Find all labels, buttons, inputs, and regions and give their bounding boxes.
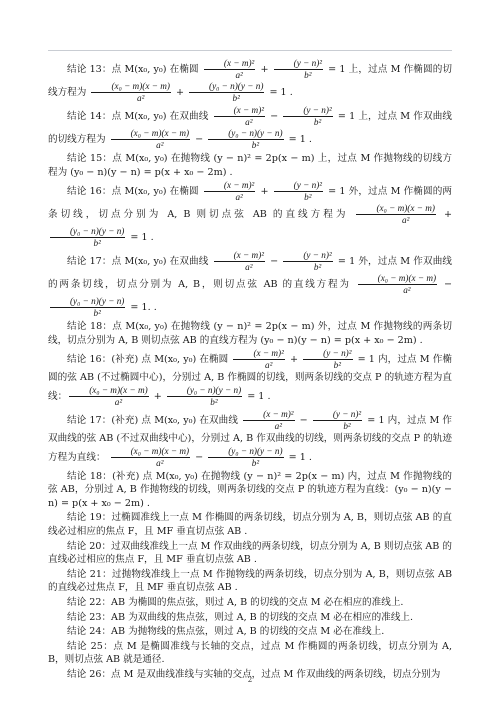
numerator: (y − n)²	[313, 409, 362, 421]
denominator: b²	[50, 308, 125, 319]
denominator: b²	[208, 458, 283, 469]
text-run: −	[267, 111, 281, 122]
header-rule	[48, 50, 452, 51]
fraction: (y − n)²b²	[274, 58, 323, 81]
fraction: (x − m)²a²	[204, 58, 255, 81]
numerator: (y₀ − n)(y − n)	[208, 128, 283, 140]
numerator: (x₀ − m)(x − m)	[356, 203, 435, 215]
numerator: (x₀ − m)(x − m)	[111, 446, 190, 458]
conclusion-c20: 结论 20：过双曲线准线上一点 M 作双曲线的两条切线，切点分别为 A, B 则…	[48, 540, 452, 567]
text-run: = 1 .	[286, 134, 312, 145]
fraction: (x − m)²a²	[243, 409, 294, 432]
text-run: 结论 22：AB 为椭圆的焦点弦，则过 A, B 的切线的交点 M 必在相应的准…	[67, 597, 403, 608]
numerator: (x − m)²	[204, 58, 255, 70]
denominator: a²	[214, 117, 265, 128]
numerator: (x − m)²	[243, 409, 294, 421]
conclusion-c18s: 结论 18：(补充) 点 M(x₀, y₀) 在抛物线 (y − n)² = 2…	[48, 470, 452, 511]
conclusion-c19: 结论 19：过椭圆准线上一点 M 作椭圆的两条切线，切点分别为 A, B，则切点…	[48, 511, 452, 538]
denominator: a²	[233, 360, 284, 371]
text-run: +	[438, 209, 452, 220]
conclusion-c18: 结论 18：点 M(x₀, y₀) 在抛物线 (y − n)² = 2p(x −…	[48, 320, 452, 347]
conclusion-c24: 结论 24：AB 为抛物线的焦点弦，则过 A, B 的切线的交点 M 必在准线上…	[48, 625, 452, 639]
text-run: 结论 25：点 M 是椭圆准线与长轴的交点，过点 M 作椭圆的两条切线，切点分别…	[48, 641, 452, 666]
text-run: −	[192, 452, 206, 463]
denominator: a²	[243, 421, 294, 432]
text-run: = 1 .	[286, 452, 312, 463]
fraction: (x₀ − m)(x − m)a²	[111, 128, 190, 151]
numerator: (y₀ − n)(y − n)	[50, 296, 125, 308]
conclusion-c22: 结论 22：AB 为椭圆的焦点弦，则过 A, B 的切线的交点 M 必在相应的准…	[48, 596, 452, 610]
text-run: 结论 18：(补充) 点 M(x₀, y₀) 在抛物线 (y − n)² = 2…	[48, 471, 452, 509]
conclusion-c16: 结论 16：点 M(x₀, y₀) 在椭圆 (x − m)²a² + (y − …	[48, 180, 452, 249]
conclusion-c13: 结论 13：点 M(x₀, y₀) 在椭圆 (x − m)²a² + (y − …	[48, 58, 452, 104]
fraction: (x − m)²a²	[204, 180, 255, 203]
fraction: (x₀ − m)(x − m)a²	[111, 446, 190, 469]
numerator: (x₀ − m)(x − m)	[111, 128, 190, 140]
denominator: b²	[274, 192, 323, 203]
fraction: (y₀ − n)(y − n)b²	[50, 296, 125, 319]
fraction: (x − m)²a²	[233, 348, 284, 371]
text-run: = 1 .	[244, 391, 270, 402]
denominator: a²	[204, 192, 255, 203]
numerator: (y − n)²	[303, 348, 352, 360]
denominator: b²	[189, 93, 264, 104]
denominator: b²	[167, 397, 242, 408]
numerator: (x − m)²	[204, 180, 255, 192]
text-run: +	[151, 391, 165, 402]
denominator: b²	[50, 238, 125, 249]
fraction: (y − n)²b²	[274, 180, 323, 203]
fraction: (y − n)²b²	[283, 105, 332, 128]
text-run: −	[297, 415, 311, 426]
page-number: 2	[0, 676, 500, 684]
numerator: (y − n)²	[283, 250, 332, 262]
denominator: b²	[208, 140, 283, 151]
fraction: (x − m)²a²	[214, 105, 265, 128]
text-run: +	[173, 87, 187, 98]
text-run: 结论 14：点 M(x₀, y₀) 在双曲线	[67, 111, 212, 122]
conclusion-c17s: 结论 17：(补充) 点 M(x₀, y₀) 在双曲线 (x − m)²a² −…	[48, 409, 452, 469]
text-run: +	[257, 186, 271, 197]
fraction: (y − n)²b²	[313, 409, 362, 432]
text-run: 结论 18：点 M(x₀, y₀) 在抛物线 (y − n)² = 2p(x −…	[48, 321, 452, 346]
text-run: 结论 15：点 M(x₀, y₀) 在抛物线 (y − n)² = 2p(x −…	[48, 153, 452, 178]
conclusion-c17: 结论 17：点 M(x₀, y₀) 在双曲线 (x − m)²a² − (y −…	[48, 250, 452, 319]
text-run: 结论 17：(补充) 点 M(x₀, y₀) 在双曲线	[67, 415, 241, 426]
text-run: +	[287, 354, 301, 365]
numerator: (x − m)²	[214, 250, 265, 262]
fraction: (y − n)²b²	[303, 348, 352, 371]
text-run: −	[267, 256, 281, 267]
denominator: a²	[111, 140, 190, 151]
text-run: −	[439, 279, 452, 290]
text-run: = 1 .	[266, 87, 292, 98]
conclusion-c14: 结论 14：点 M(x₀, y₀) 在双曲线 (x − m)²a² − (y −…	[48, 105, 452, 151]
numerator: (y₀ − n)(y − n)	[208, 446, 283, 458]
text-run: 结论 17：点 M(x₀, y₀) 在双曲线	[67, 256, 212, 267]
text-run: = 1. .	[127, 302, 156, 313]
numerator: (y₀ − n)(y − n)	[167, 385, 242, 397]
text-run: 结论 16：(补充) 点 M(x₀, y₀) 在椭圆	[67, 354, 231, 365]
fraction: (x₀ − m)(x − m)a²	[91, 81, 170, 104]
text-run: = 1 .	[127, 232, 153, 243]
numerator: (y − n)²	[274, 58, 323, 70]
fraction: (y₀ − n)(y − n)b²	[189, 81, 264, 104]
numerator: (x₀ − m)(x − m)	[91, 81, 170, 93]
conclusion-c21: 结论 21：过抛物线准线上一点 M 作抛物线的两条切线，切点分别为 A, B，则…	[48, 568, 452, 595]
numerator: (x₀ − m)(x − m)	[358, 273, 437, 285]
text-run: 结论 19：过椭圆准线上一点 M 作椭圆的两条切线，切点分别为 A, B，则切点…	[48, 512, 452, 537]
numerator: (x − m)²	[214, 105, 265, 117]
fraction: (y₀ − n)(y − n)b²	[208, 128, 283, 151]
fraction: (x₀ − m)(x − m)a²	[356, 203, 435, 226]
numerator: (y − n)²	[283, 105, 332, 117]
text-run: 结论 24：AB 为抛物线的焦点弦，则过 A, B 的切线的交点 M 必在准线上…	[67, 626, 384, 637]
numerator: (y − n)²	[274, 180, 323, 192]
fraction: (x₀ − m)(x − m)a²	[69, 385, 148, 408]
document-body: 结论 13：点 M(x₀, y₀) 在椭圆 (x − m)²a² + (y − …	[48, 58, 452, 682]
fraction: (x₀ − m)(x − m)a²	[358, 273, 437, 296]
denominator: a²	[111, 458, 190, 469]
text-run: −	[192, 134, 206, 145]
denominator: a²	[214, 262, 265, 273]
fraction: (y₀ − n)(y − n)b²	[50, 226, 125, 249]
denominator: a²	[69, 397, 148, 408]
denominator: a²	[204, 70, 255, 81]
numerator: (x₀ − m)(x − m)	[69, 385, 148, 397]
fraction: (y − n)²b²	[283, 250, 332, 273]
numerator: (y₀ − n)(y − n)	[50, 226, 125, 238]
denominator: a²	[358, 285, 437, 296]
conclusion-c23: 结论 23：AB 为双曲线的焦点弦，则过 A, B 的切线的交点 M 必在相应的…	[48, 611, 452, 625]
denominator: b²	[283, 262, 332, 273]
numerator: (x − m)²	[233, 348, 284, 360]
text-run: 结论 23：AB 为双曲线的焦点弦，则过 A, B 的切线的交点 M 必在相应的…	[67, 612, 413, 623]
text-run: +	[257, 64, 271, 75]
numerator: (y₀ − n)(y − n)	[189, 81, 264, 93]
denominator: b²	[313, 421, 362, 432]
text-run: 结论 16：点 M(x₀, y₀) 在椭圆	[67, 186, 202, 197]
fraction: (y₀ − n)(y − n)b²	[208, 446, 283, 469]
text-run: 结论 20：过双曲线准线上一点 M 作双曲线的两条切线，切点分别为 A, B 则…	[48, 541, 452, 566]
conclusion-c16s: 结论 16：(补充) 点 M(x₀, y₀) 在椭圆 (x − m)²a² + …	[48, 348, 452, 408]
denominator: a²	[91, 93, 170, 104]
text-run: 结论 13：点 M(x₀, y₀) 在椭圆	[67, 64, 202, 75]
text-run: 结论 21：过抛物线准线上一点 M 作抛物线的两条切线，切点分别为 A, B，则…	[48, 569, 452, 594]
denominator: b²	[283, 117, 332, 128]
denominator: b²	[274, 70, 323, 81]
denominator: b²	[303, 360, 352, 371]
fraction: (y₀ − n)(y − n)b²	[167, 385, 242, 408]
denominator: a²	[356, 215, 435, 226]
conclusion-c15: 结论 15：点 M(x₀, y₀) 在抛物线 (y − n)² = 2p(x −…	[48, 152, 452, 179]
fraction: (x − m)²a²	[214, 250, 265, 273]
conclusion-c25: 结论 25：点 M 是椭圆准线与长轴的交点，过点 M 作椭圆的两条切线，切点分别…	[48, 640, 452, 667]
